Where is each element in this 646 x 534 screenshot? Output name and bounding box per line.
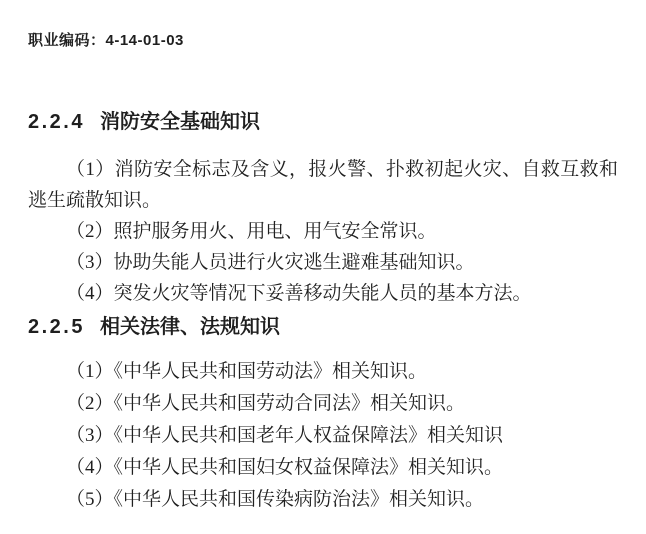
list-item: （4）《中华人民共和国妇女权益保障法》相关知识。 bbox=[28, 452, 618, 484]
section-heading-2-2-5: 2.2.5相关法律、法规知识 bbox=[28, 317, 618, 337]
occupation-code-line: 职业编码：4-14-01-03 bbox=[28, 33, 618, 49]
section-number: 2.2.5 bbox=[28, 316, 85, 338]
section-heading-2-2-4: 2.2.4消防安全基础知识 bbox=[28, 112, 618, 132]
section-2-2-5-body: （1）《中华人民共和国劳动法》相关知识。 （2）《中华人民共和国劳动合同法》相关… bbox=[28, 356, 618, 516]
section-title: 相关法律、法规知识 bbox=[100, 316, 280, 338]
list-item: （2）《中华人民共和国劳动合同法》相关知识。 bbox=[28, 388, 618, 420]
list-item: （3）协助失能人员进行火灾逃生避难基础知识。 bbox=[28, 247, 618, 278]
list-item: （5）《中华人民共和国传染病防治法》相关知识。 bbox=[28, 484, 618, 516]
section-title: 消防安全基础知识 bbox=[100, 111, 260, 133]
list-item: （1）消防安全标志及含义，报火警、扑救初起火灾、自救互救和逃生疏散知识。 bbox=[28, 154, 618, 216]
list-item: （4）突发火灾等情况下妥善移动失能人员的基本方法。 bbox=[28, 278, 618, 309]
list-item: （2）照护服务用火、用电、用气安全常识。 bbox=[28, 216, 618, 247]
list-item: （1）《中华人民共和国劳动法》相关知识。 bbox=[28, 356, 618, 388]
section-number: 2.2.4 bbox=[28, 111, 85, 133]
list-item: （3）《中华人民共和国老年人权益保障法》相关知识 bbox=[28, 420, 618, 452]
section-2-2-4-body: （1）消防安全标志及含义，报火警、扑救初起火灾、自救互救和逃生疏散知识。 （2）… bbox=[28, 154, 618, 309]
document-page: 职业编码：4-14-01-03 2.2.4消防安全基础知识 （1）消防安全标志及… bbox=[0, 0, 646, 534]
